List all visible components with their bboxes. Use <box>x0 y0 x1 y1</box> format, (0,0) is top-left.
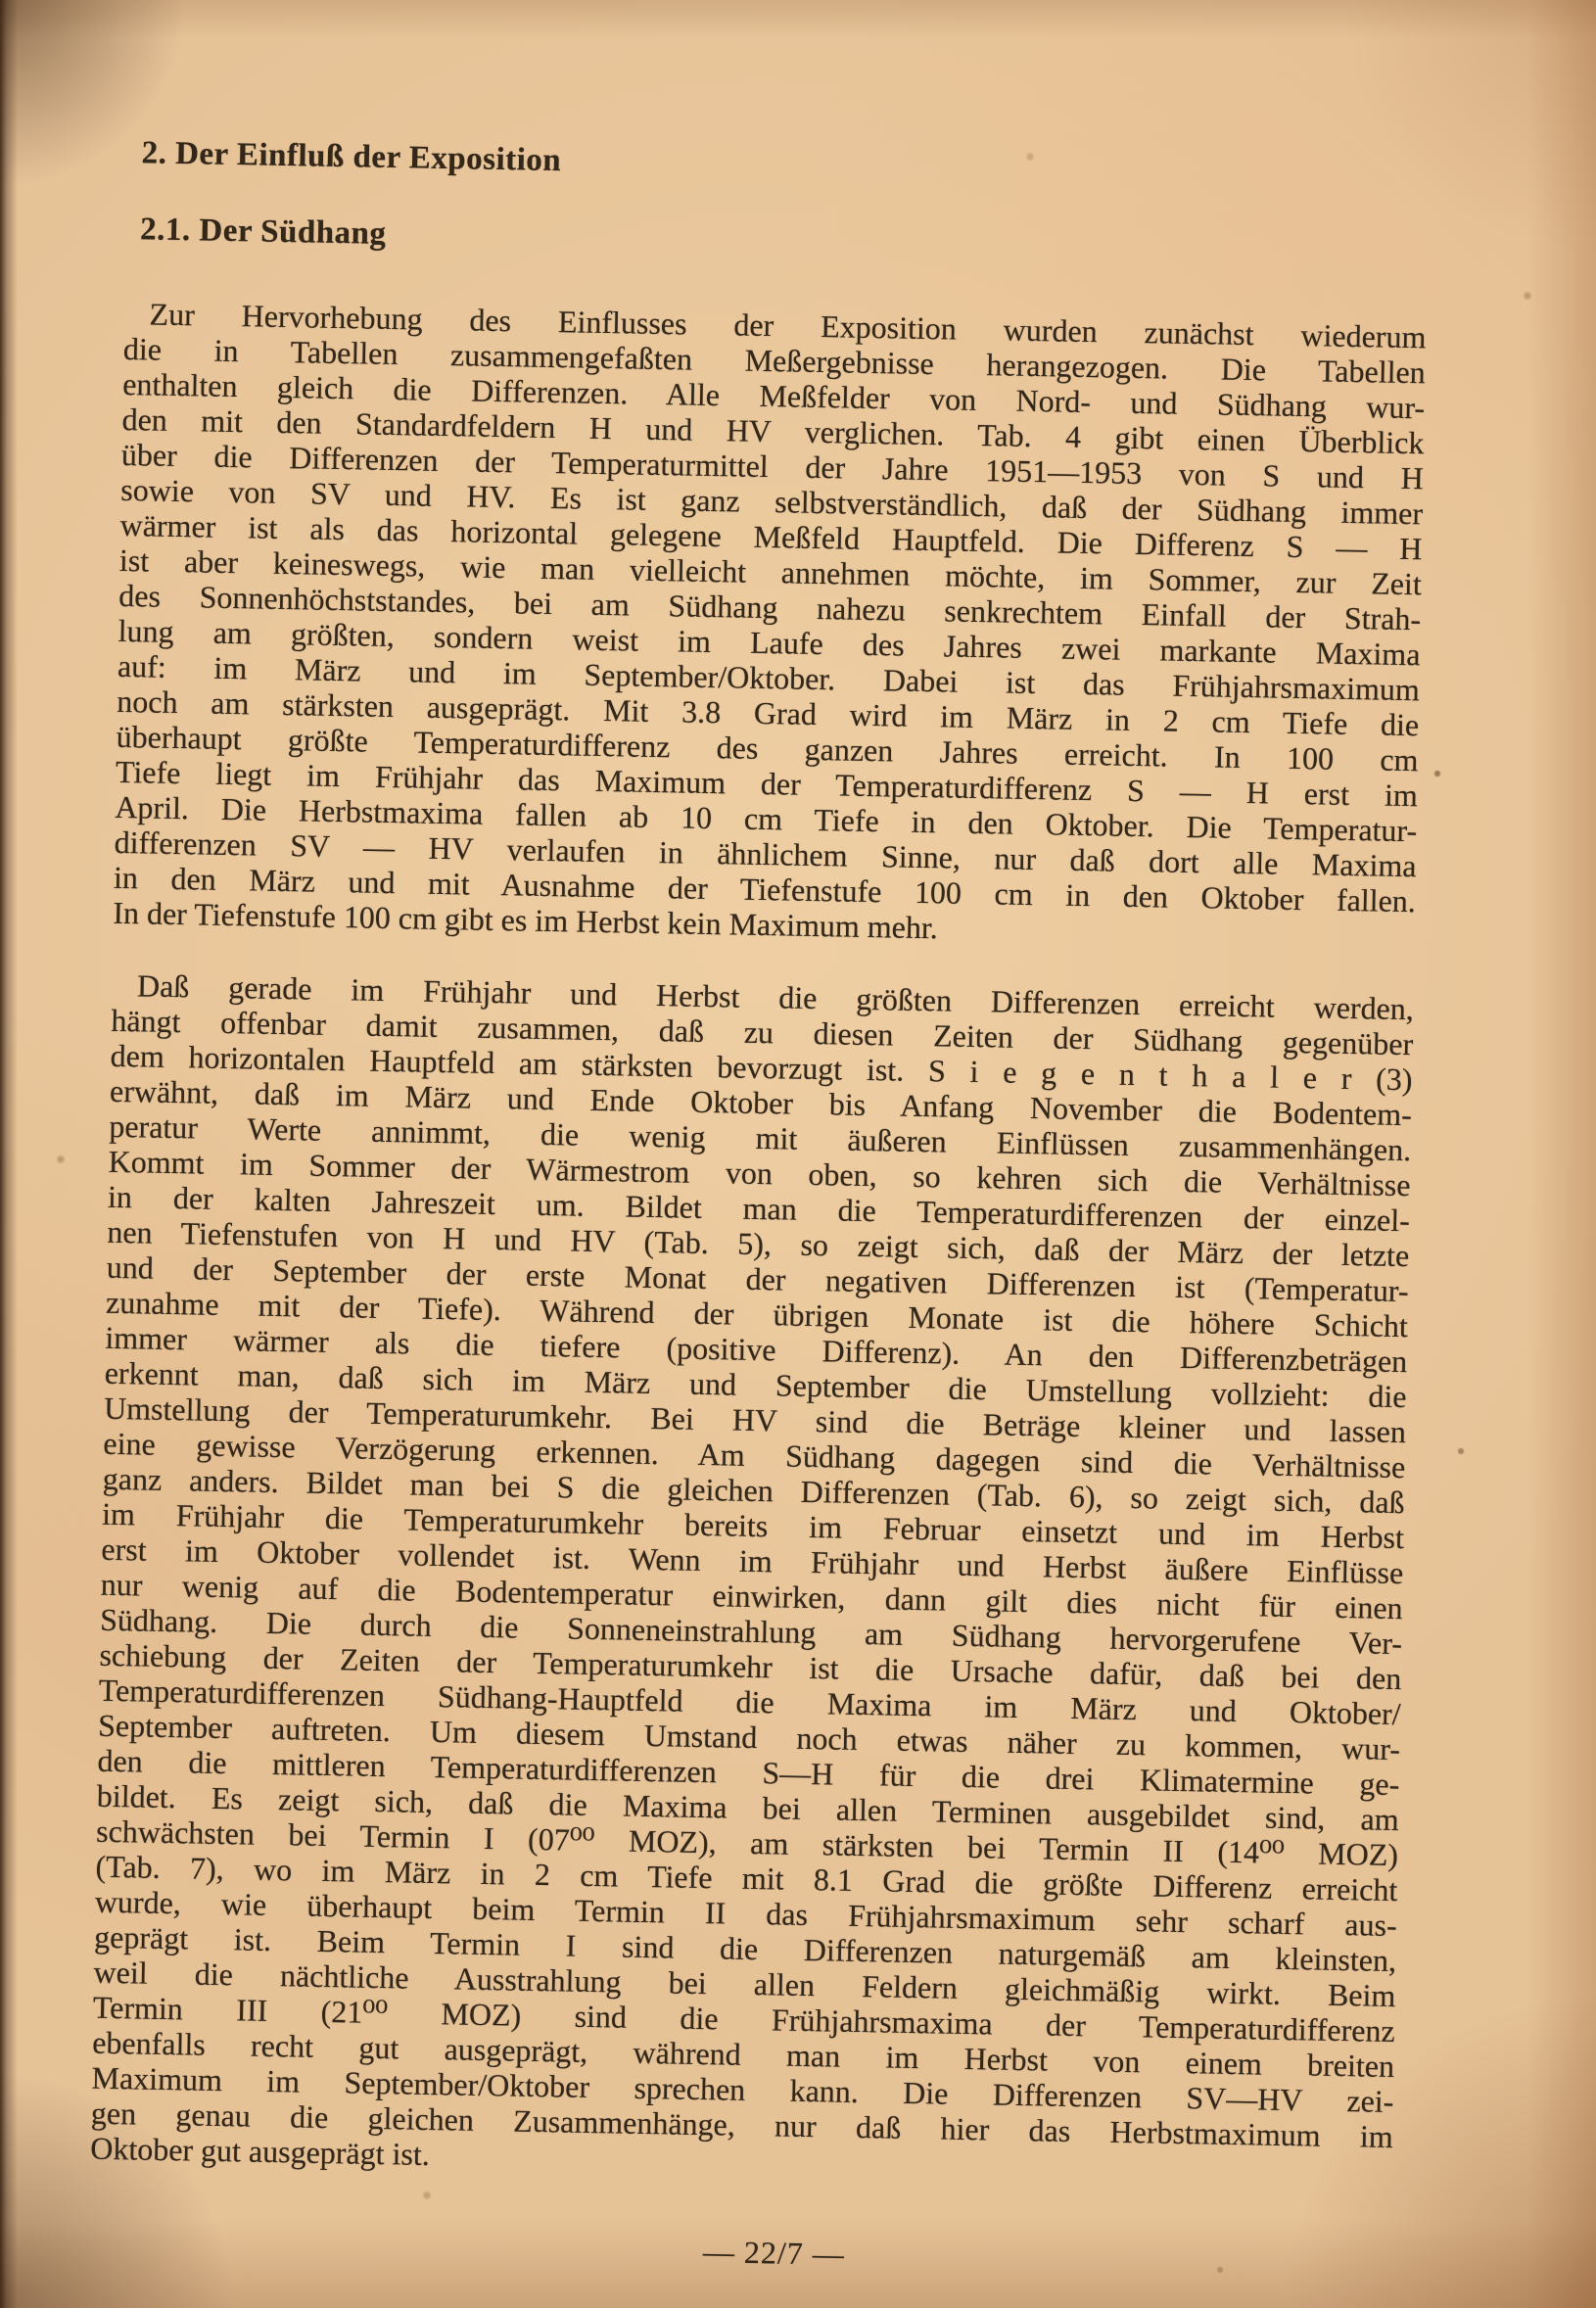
paragraph: Zur Hervorhebung des Einflusses der Expo… <box>113 296 1427 954</box>
body-text: Zur Hervorhebung des Einflusses der Expo… <box>90 296 1427 2190</box>
subsection-heading: 2.1. Der Südhang <box>140 210 1429 272</box>
page-content: 2. Der Einfluß der Exposition 2.1. Der S… <box>88 133 1430 2282</box>
scanned-page: { "colors": { "paper": "#e6c297", "ink":… <box>0 0 1596 2308</box>
paragraph: Daß gerade im Frühjahr und Herbst die gr… <box>90 967 1414 2190</box>
